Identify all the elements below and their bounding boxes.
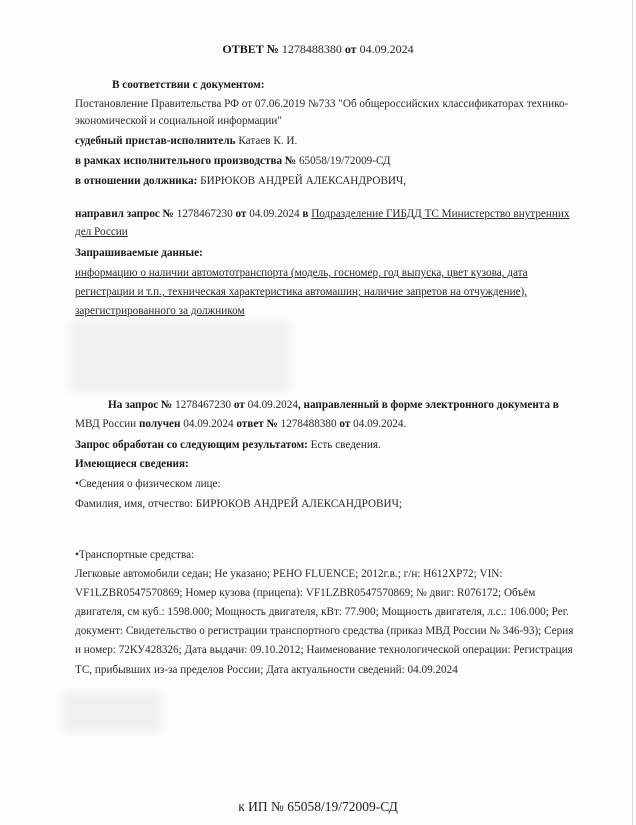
request-from-label: от — [235, 208, 246, 220]
response-request-number: 1278467230 — [175, 399, 231, 411]
response-from-label: от — [234, 399, 245, 411]
response-received-date: 04.09.2024 — [183, 418, 233, 430]
requested-data-line: регистрации и т.п., техническая характер… — [75, 285, 527, 299]
response-answer-label: ответ № — [236, 418, 277, 430]
info-heading: Имеющиеся сведения: — [75, 457, 189, 471]
bailiff-line: судебный пристав-исполнитель Катаев К. И… — [75, 134, 297, 148]
redacted-area — [70, 322, 290, 392]
response-line1: На запрос № 1278467230 от 04.09.2024, на… — [108, 398, 559, 412]
vehicle-line: и номер: 72КУ428326; Дата выдачи: 09.10.… — [75, 643, 573, 657]
vehicle-line: документ: Свидетельство о регистрации тр… — [75, 624, 573, 638]
request-number: 1278467230 — [177, 208, 233, 220]
answer-label: ОТВЕТ № — [222, 42, 278, 56]
vehicle-line: двигателя, см куб.: 1598.000; Мощность д… — [75, 605, 569, 619]
answer-number: 1278488380 — [282, 42, 342, 56]
response-agency: МВД России — [75, 418, 136, 430]
request-recipient-line2: дел России — [75, 225, 128, 239]
vehicle-line: VF1LZBR0547570869; Номер кузова (прицепа… — [75, 586, 535, 600]
vehicle-line: ТС, прибывших из-за пределов России; Дат… — [75, 663, 458, 677]
proceeding-label: в рамках исполнительного производства № — [75, 155, 296, 167]
response-answer-date: 04.09.2024. — [353, 418, 406, 430]
response-answer-from-label: от — [339, 418, 350, 430]
request-date: 04.09.2024 — [249, 208, 299, 220]
redacted-area — [62, 692, 162, 732]
request-line: направил запрос № 1278467230 от 04.09.20… — [75, 207, 569, 221]
request-recipient: Подразделение ГИБДД ТС Министерство внут… — [311, 208, 569, 220]
basis-heading: В соответствии с документом: — [112, 78, 264, 92]
response-received-label: получен — [139, 418, 180, 430]
person-section-heading: •Сведения о физическом лице: — [75, 477, 221, 491]
person-fio: Фамилия, имя, отчество: БИРЮКОВ АНДРЕЙ А… — [75, 497, 402, 511]
result-label: Запрос обработан со следующим результато… — [75, 439, 308, 451]
answer-date: 04.09.2024 — [360, 42, 414, 56]
request-label: направил запрос № — [75, 208, 174, 220]
document-title: ОТВЕТ № 1278488380 от 04.09.2024 — [0, 42, 636, 57]
requested-data-heading: Запрашиваемые данные: — [75, 246, 203, 260]
response-sent-form: , направленный в форме электронного доку… — [298, 399, 559, 411]
basis-document-line2: экономической и социальной информации" — [75, 114, 282, 128]
debtor-name: БИРЮКОВ АНДРЕЙ АЛЕКСАНДРОВИЧ, — [200, 175, 406, 187]
requested-data-line: информацию о наличии автомототранспорта … — [75, 266, 528, 280]
page-edge — [632, 0, 633, 825]
vehicles-section-heading: •Транспортные средства: — [75, 548, 194, 562]
response-prefix: На запрос № — [108, 399, 172, 411]
request-to-label: в — [302, 208, 308, 220]
result-value: Есть сведения. — [311, 439, 381, 451]
debtor-label: в отношении должника: — [75, 175, 197, 187]
bailiff-label: судебный пристав-исполнитель — [75, 135, 236, 147]
footer-reference: к ИП № 65058/19/72009-СД — [0, 799, 636, 815]
debtor-line: в отношении должника: БИРЮКОВ АНДРЕЙ АЛЕ… — [75, 174, 406, 188]
proceeding-line: в рамках исполнительного производства № … — [75, 154, 391, 168]
response-line2: МВД России получен 04.09.2024 ответ № 12… — [75, 417, 406, 431]
basis-document-line1: Постановление Правительства РФ от 07.06.… — [75, 97, 568, 111]
result-line: Запрос обработан со следующим результато… — [75, 438, 381, 452]
bailiff-name: Катаев К. И. — [238, 135, 297, 147]
proceeding-number: 65058/19/72009-СД — [299, 155, 391, 167]
vehicle-line: Легковые автомобили седан; Не указано; Р… — [75, 567, 502, 581]
response-request-date: 04.09.2024 — [248, 399, 298, 411]
from-label: от — [345, 42, 357, 56]
response-answer-number: 1278488380 — [281, 418, 337, 430]
requested-data-line: зарегистрированного за должником — [75, 304, 245, 318]
